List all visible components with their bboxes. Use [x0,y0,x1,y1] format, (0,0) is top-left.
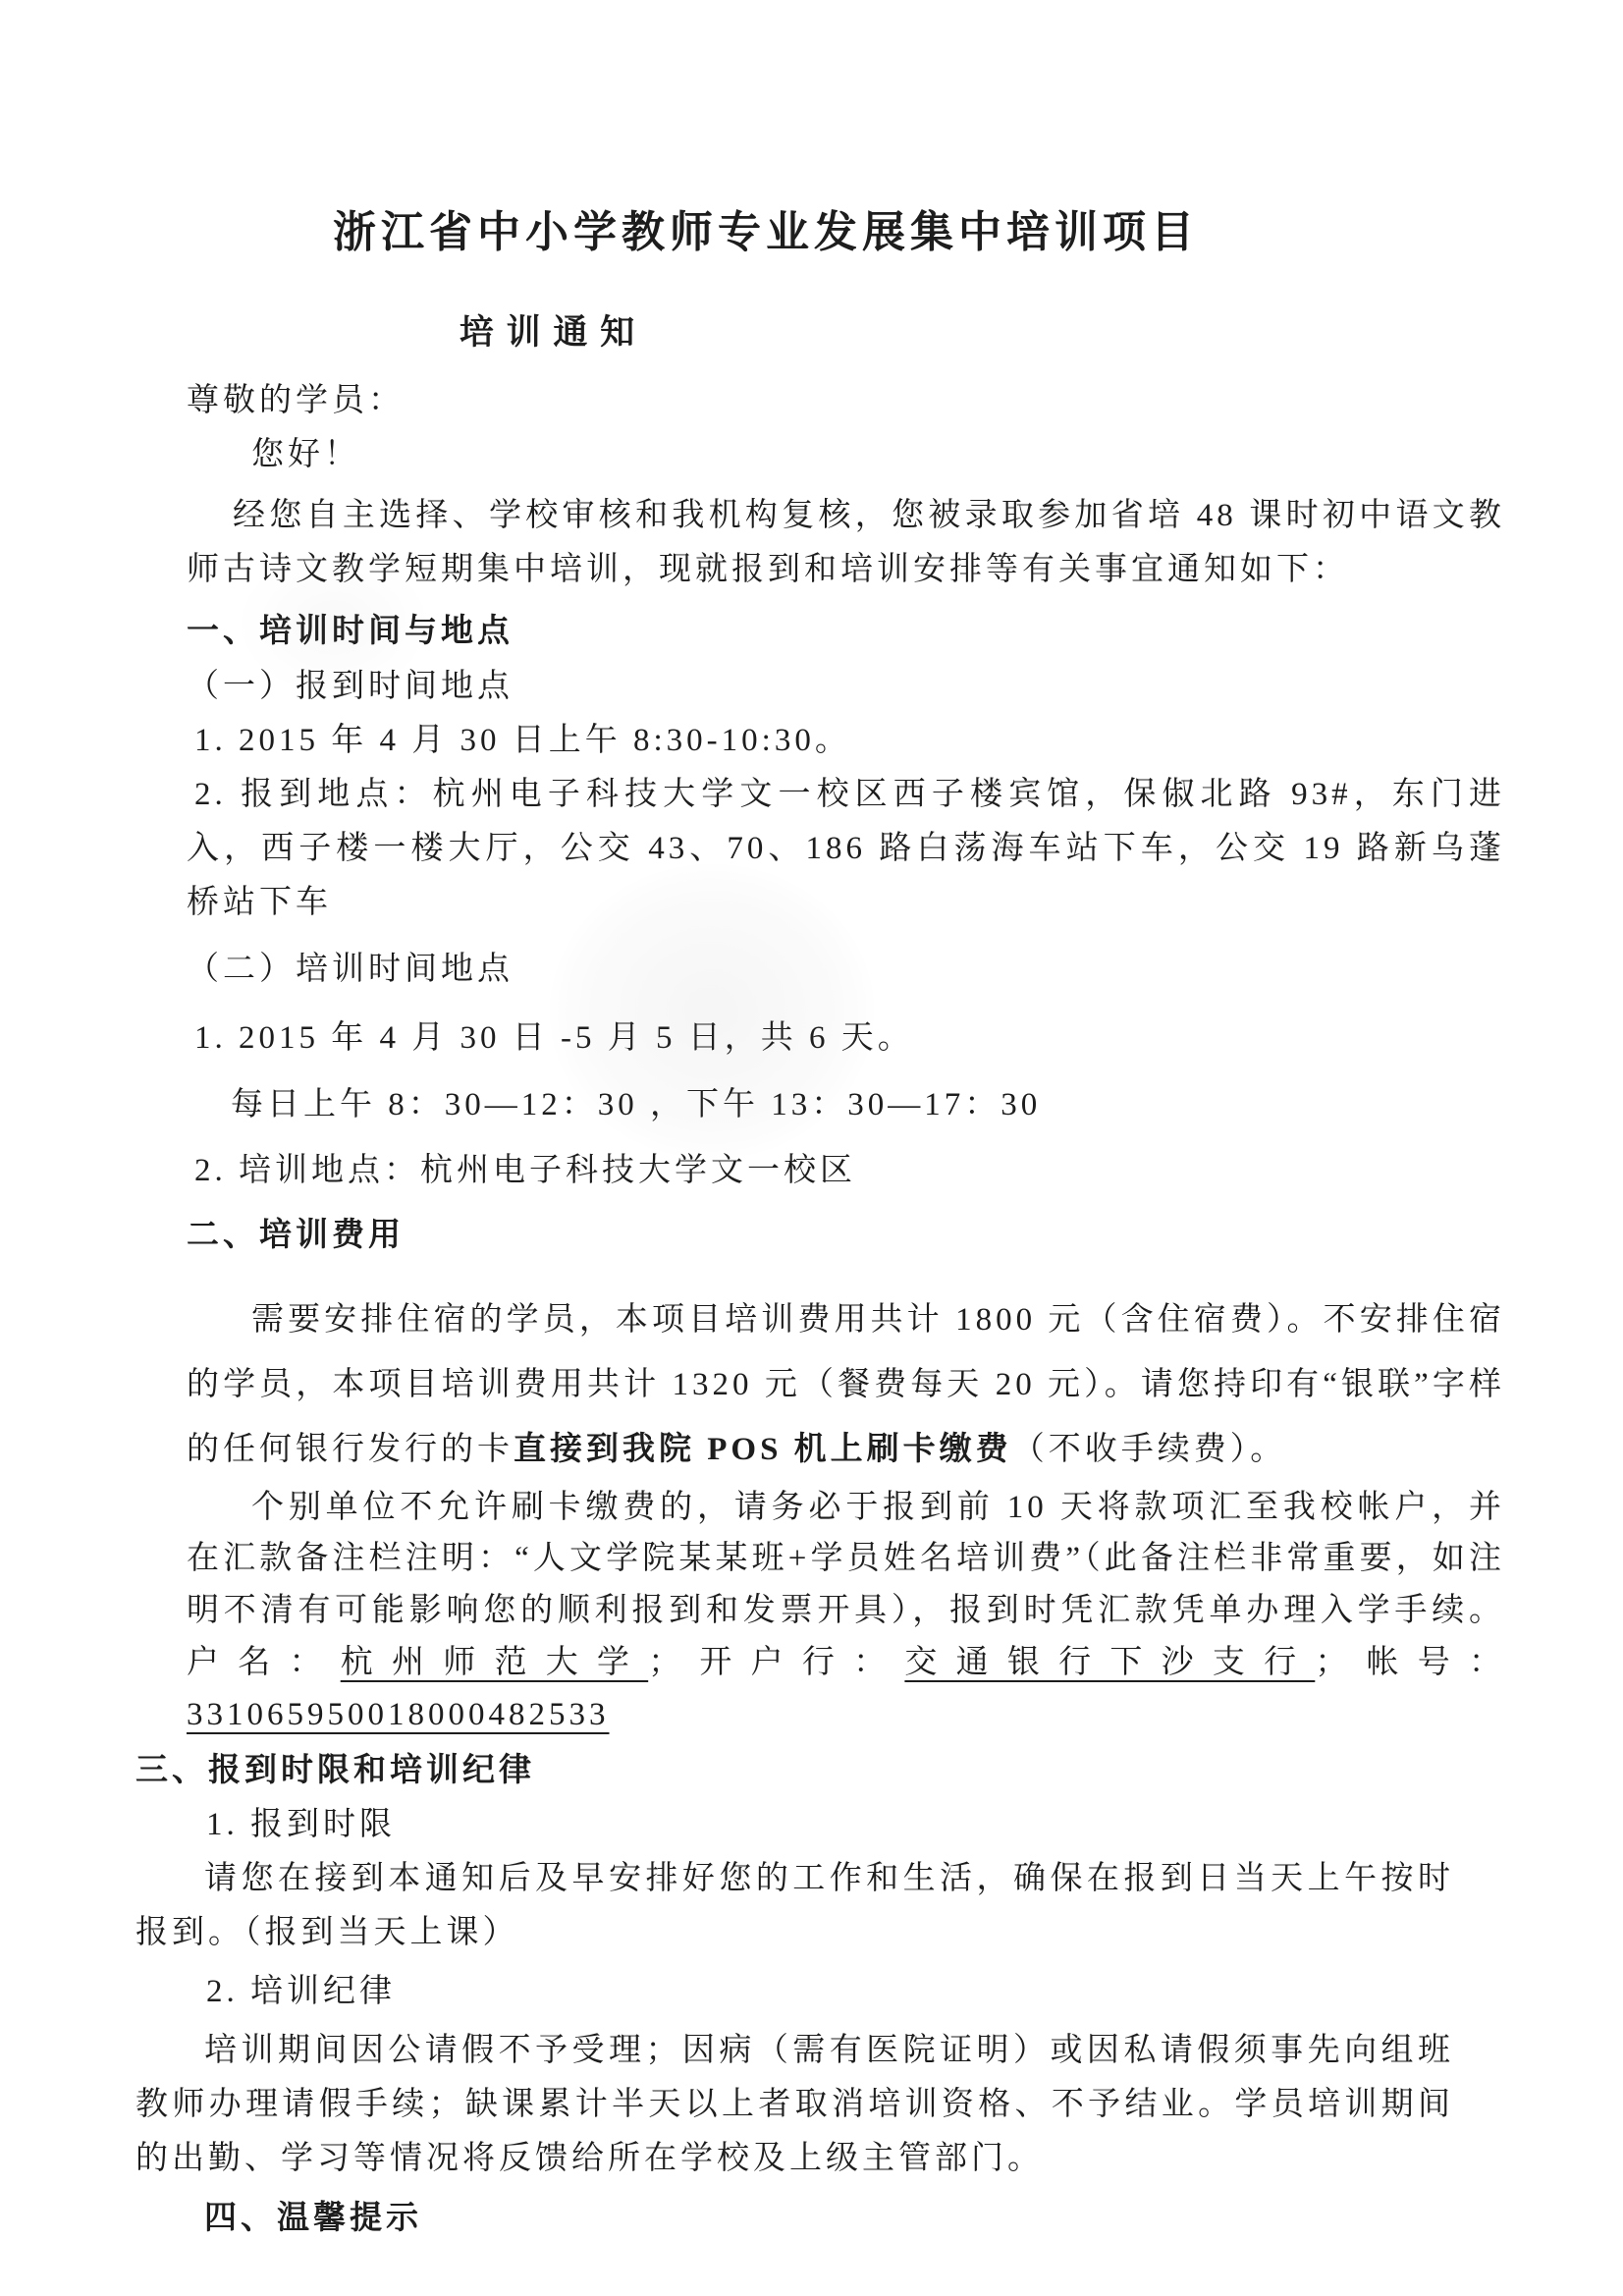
section-3-heading: 三、报到时限和培训纪律 [135,1744,1454,1798]
pos-payment-bold: 直接到我院 POS 机上刷卡缴费 [514,1432,1012,1467]
section-1-heading: 一、培训时间与地点 [187,605,1505,659]
transfer-paragraph: 个别单位不允许刷卡缴费的，请务必于报到前 10 天将款项汇至我校帐户，并在汇款备… [187,1482,1505,1741]
account-bank-label: ；开户行： [648,1645,904,1680]
training-venue-item: 2. 培训地点：杭州电子科技大学文一校区 [187,1144,1505,1198]
doc-title: 浙江省中小学教师专业发展集中培训项目 [187,196,1345,259]
transfer-text: 个别单位不允许刷卡缴费的，请务必于报到前 10 天将款项汇至我校帐户，并在汇款备… [187,1490,1505,1629]
section-2-heading: 二、培训费用 [187,1209,1505,1263]
account-name: 杭州师范大学 [341,1645,648,1680]
greeting-line: 您好！ [187,428,1505,482]
discipline-heading: 2. 培训纪律 [135,1965,1454,2019]
daily-schedule-line: 每日上午 8：30—12：30 ，下午 13：30—17：30 [187,1078,1505,1132]
intro-paragraph: 经您自主选择、学校审核和我机构复核，您被录取参加省培 48 课时初中语文教师古诗… [187,489,1505,597]
account-bank: 交通银行下沙支行 [904,1645,1315,1680]
discipline-paragraph: 培训期间因公请假不予受理；因病（需有医院证明）或因私请假须事先向组班教师办理请假… [135,2024,1454,2186]
report-place-item: 2. 报到地点：杭州电子科技大学文一校区西子楼宾馆，保俶北路 93#，东门进入，… [187,768,1505,930]
fee-text-post: （不收手续费）。 [1012,1432,1287,1467]
document-page: 浙江省中小学教师专业发展集中培训项目 培 训 通 知 尊敬的学员： 您好！ 经您… [0,0,1623,2296]
account-name-label: 户名： [187,1645,341,1680]
salutation: 尊敬的学员： [187,374,1505,428]
account-number-label: ；帐号： [1315,1645,1505,1680]
fee-paragraph: 需要安排住宿的学员，本项目培训费用共计 1800 元（含住宿费）。不安排住宿的学… [187,1287,1505,1482]
report-time-item: 1. 2015 年 4 月 30 日上午 8:30-10:30。 [187,714,1505,768]
training-dates-item: 1. 2015 年 4 月 30 日 -5 月 5 日，共 6 天。 [187,1011,1505,1066]
sub-1-1-heading: （一）报到时间地点 [187,660,1505,714]
section-4-heading: 四、温馨提示 [135,2192,1454,2246]
report-deadline-heading: 1. 报到时限 [135,1798,1454,1852]
account-number: 331065950018000482533 [187,1697,610,1732]
report-deadline-paragraph: 请您在接到本通知后及早安排好您的工作和生活，确保在报到日当天上午按时报到。（报到… [135,1852,1454,1960]
doc-subtitle: 培 训 通 知 [187,305,909,355]
section-3-4-block: 三、报到时限和培训纪律 1. 报到时限 请您在接到本通知后及早安排好您的工作和生… [135,1744,1454,2246]
sub-1-2-heading: （二）培训时间地点 [187,943,1505,997]
